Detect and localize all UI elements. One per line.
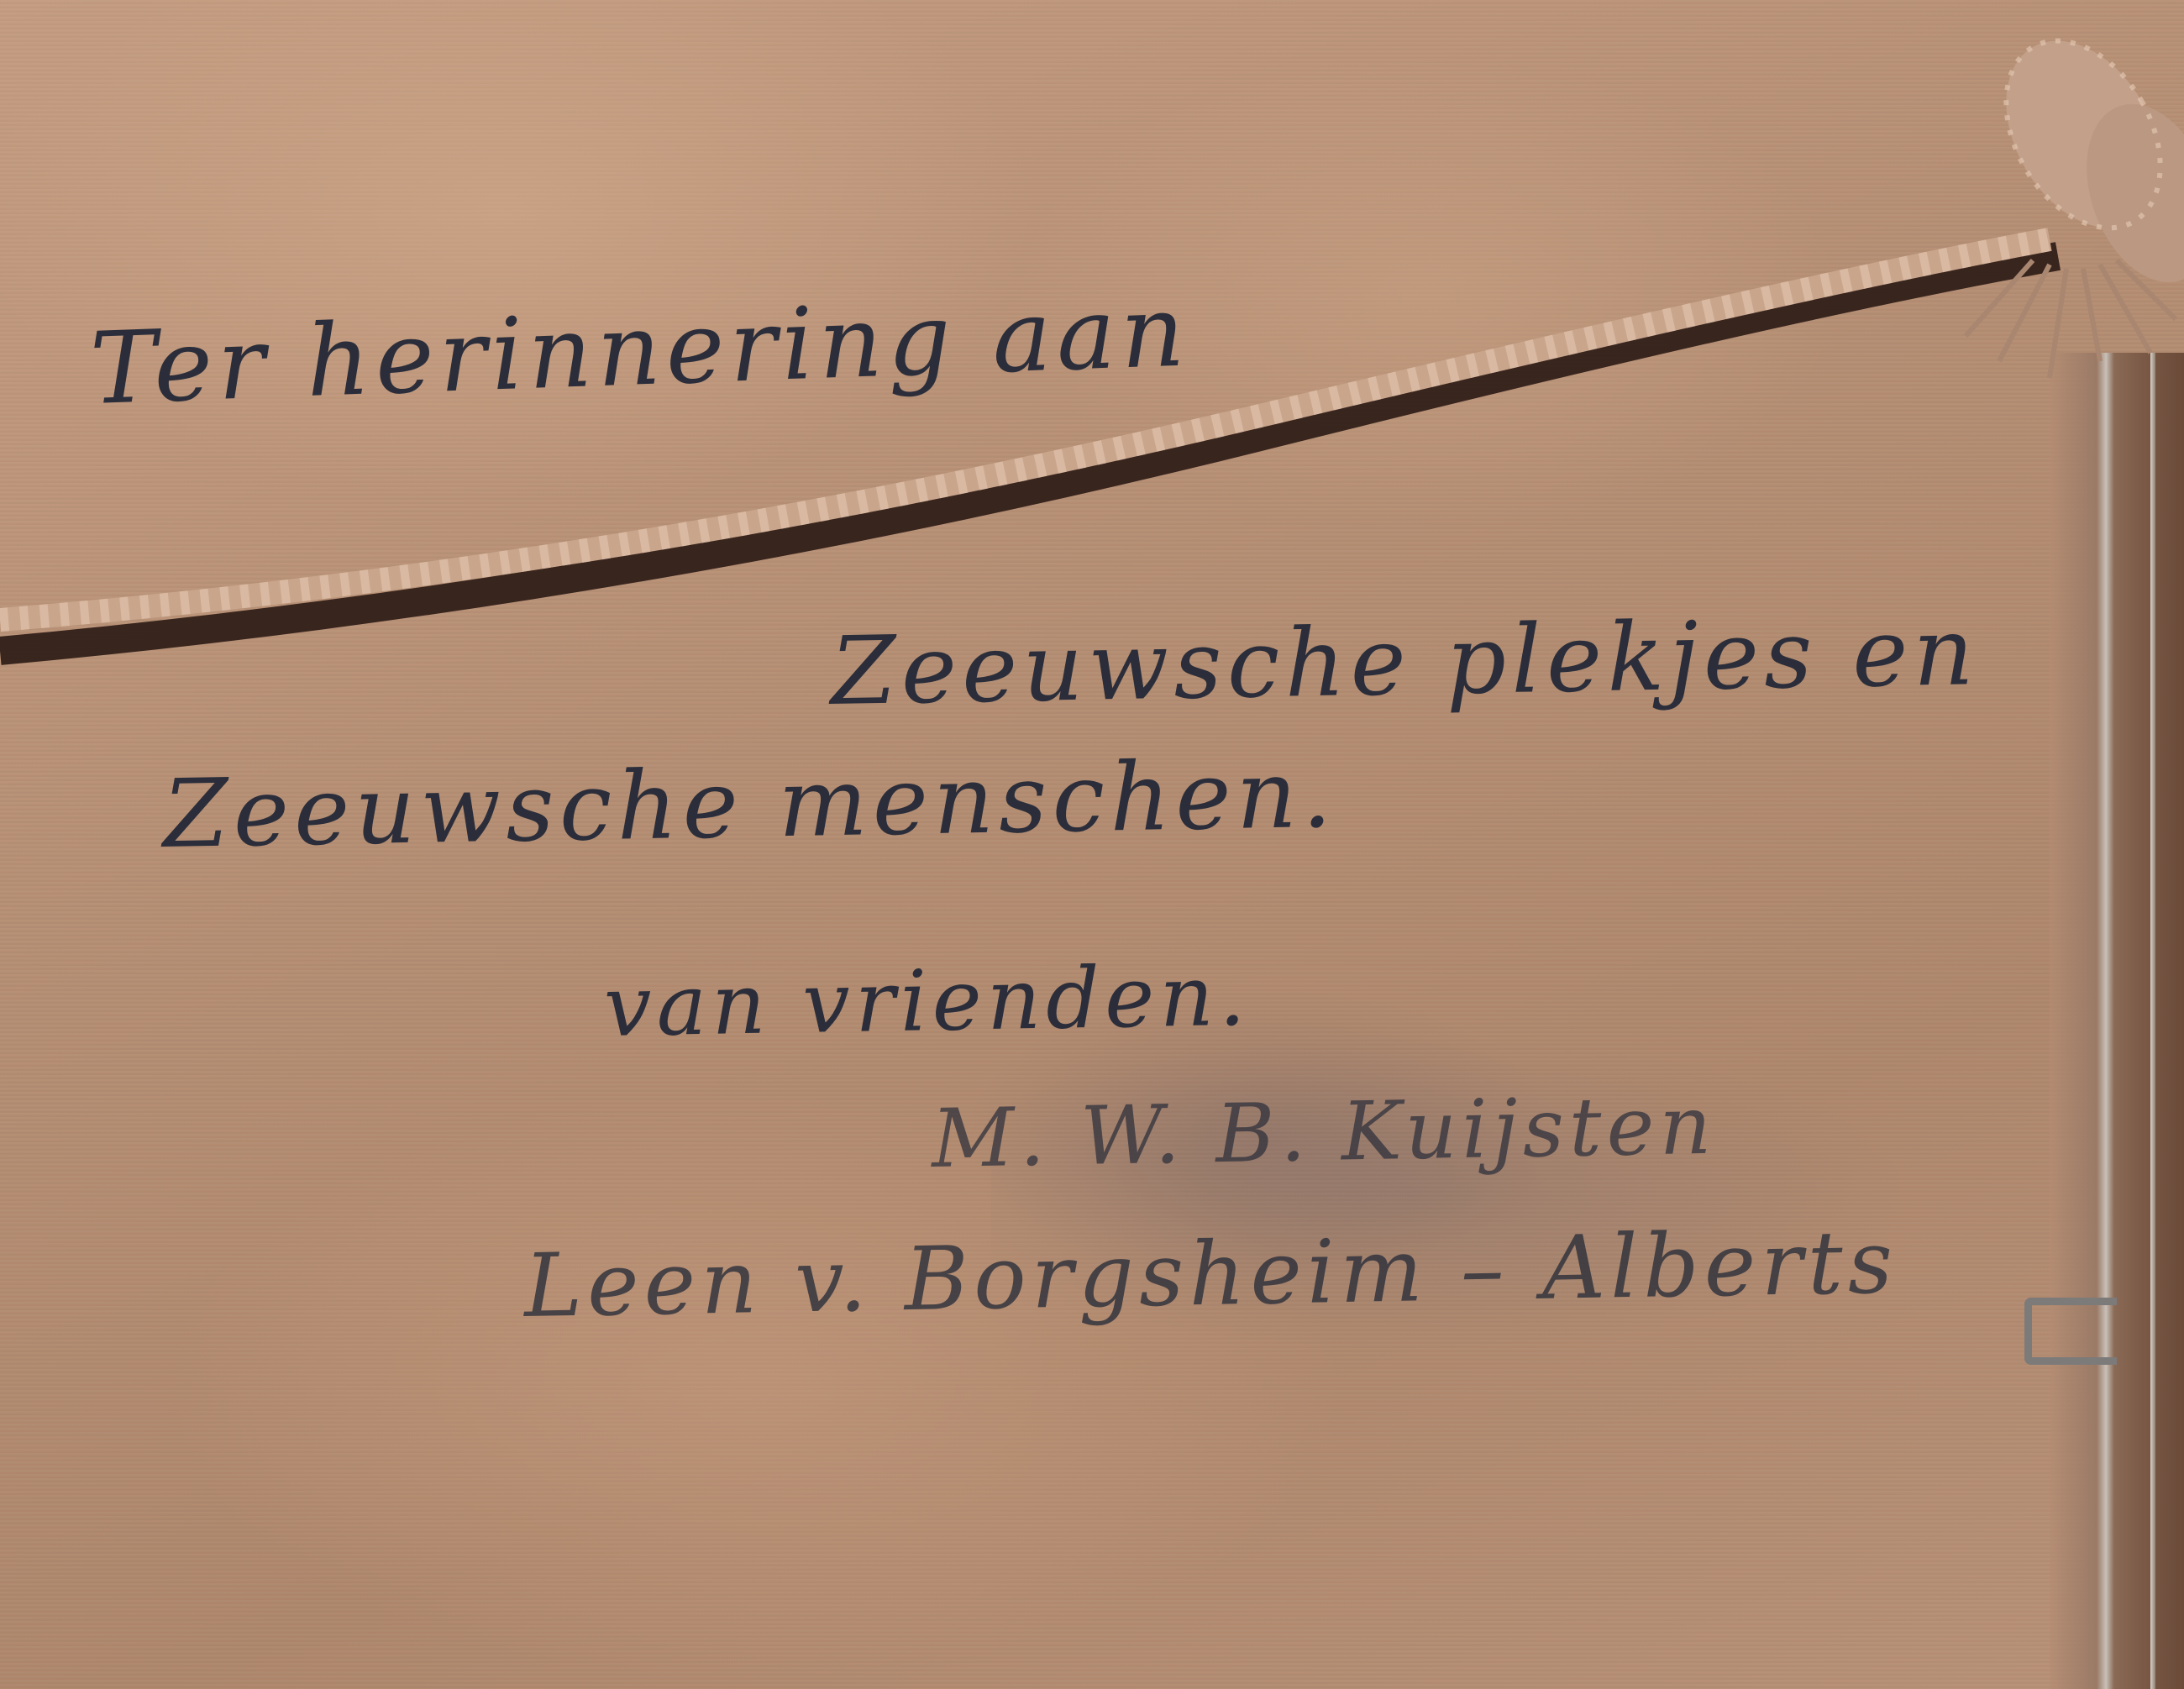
inscription-line-2: Zeeuwsche plekjes en [830, 597, 1980, 726]
inscription-line-4: van vrienden. [603, 947, 1251, 1056]
inscription-line-3: Zeeuwsche menschen. [162, 740, 1338, 869]
signature-1: M. W. B. Kuijsten [931, 1078, 1717, 1186]
metal-staple [2024, 1298, 2117, 1365]
